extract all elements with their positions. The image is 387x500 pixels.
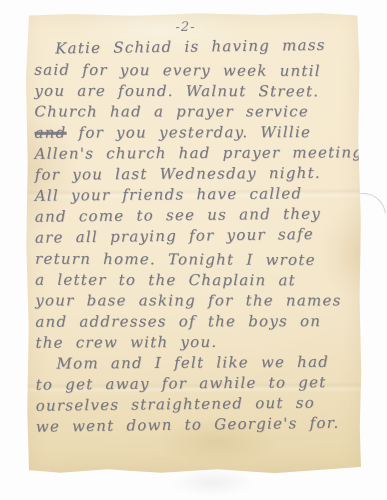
letter-line: and addresses of the boys on [35,311,359,333]
letter-line: Church had a prayer service [34,102,358,123]
letter-line: and for you yesterday. Willie [34,122,358,144]
page-number: -2- [25,19,346,35]
letter-photo: -2- Katie Schiad is having masssaid for … [0,0,387,500]
letter-line: your base asking for the names [35,291,359,312]
letter-line: said for you every week until [34,60,358,82]
letter-line: you are found. Walnut Street. [34,81,358,103]
letter-line: a letter to the Chaplain at [35,270,359,292]
letter-line: Katie Schiad is having mass [34,34,358,59]
letter-line: Mom and I felt like we had [35,352,359,375]
letter-line: return home. Tonight I wrote [35,249,359,271]
letter-paper: -2- Katie Schiad is having masssaid for … [25,12,362,474]
letter-line: are all praying for your safe [35,223,359,248]
letter-line: Allen's church had prayer meeting [35,142,359,164]
letter-body: Katie Schiad is having masssaid for you … [34,37,360,437]
letter-line: for you last Wednesday night. [35,163,359,186]
struck-word: and [34,124,66,142]
letter-line: we went down to Georgie's for. [36,412,360,437]
letter-line: the crew with you. [35,331,359,353]
